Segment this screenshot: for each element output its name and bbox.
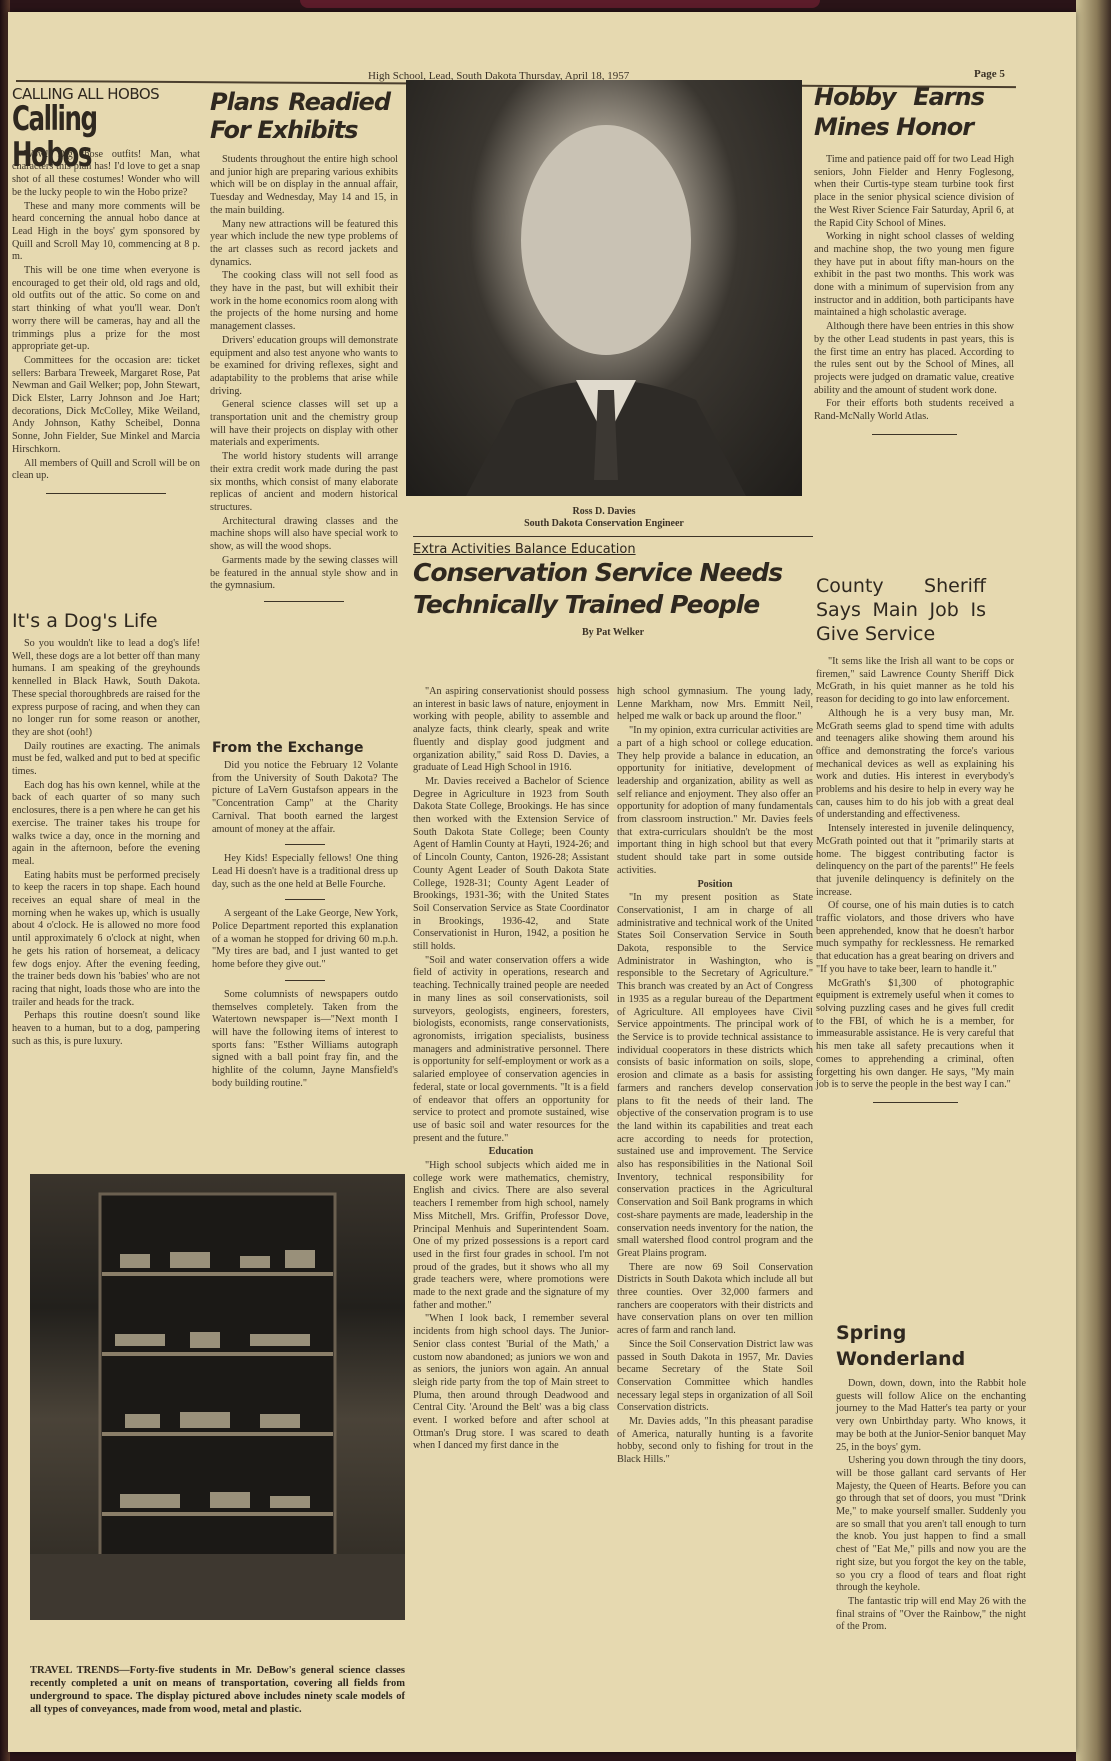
paragraph: "In my opinion, extra curricular activit… (617, 725, 813, 877)
paragraph: Students throughout the entire high scho… (210, 154, 398, 218)
travel-trends-caption: TRAVEL TRENDS—Forty-five students in Mr.… (30, 1664, 405, 1716)
sheriff-article: County Sheriff Says Main Job Is Give Ser… (816, 574, 1014, 1111)
byline: By Pat Welker (413, 627, 813, 638)
paragraph: Daily routines are exacting. The animals… (12, 741, 200, 779)
portrait-title: South Dakota Conservation Engineer (406, 518, 802, 530)
paragraph: So you wouldn't like to lead a dog's lif… (12, 638, 200, 740)
divider (285, 844, 325, 845)
paragraph: Since the Soil Conservation District law… (617, 1339, 813, 1415)
paragraph: The world history students will arrange … (210, 451, 398, 515)
paragraph: "Soil and water conservation offers a wi… (413, 955, 609, 1146)
paragraph: Working in night school classes of weldi… (814, 231, 1014, 320)
divider (285, 980, 325, 981)
paragraph: "An aspiring conservationist should poss… (413, 686, 609, 775)
paragraph: Intensely interested in juvenile delinqu… (816, 823, 1014, 899)
conservation-headline-line2: Technically Trained People (413, 589, 813, 621)
hobby-headline: Hobby Earns Mines Honor (814, 82, 984, 142)
exhibits-headline: Plans Readied For Exhibits (210, 88, 390, 144)
paragraph: There are now 69 Soil Conservation Distr… (617, 1262, 813, 1338)
education-subhead: Education (413, 1146, 609, 1159)
divider (264, 601, 344, 602)
divider (872, 434, 957, 435)
position-subhead: Position (617, 879, 813, 892)
paragraph: Perhaps this routine doesn't sound like … (12, 1010, 200, 1048)
divider (46, 493, 166, 494)
paragraph: Ushering you down through the tiny doors… (836, 1455, 1026, 1595)
ross-davies-portrait (406, 80, 802, 496)
paragraph: Although there have been entries in this… (814, 321, 1014, 397)
exchange-item: Hey Kids! Especially fellows! One thing … (212, 853, 398, 891)
paragraph: Time and patience paid off for two Lead … (814, 154, 1014, 230)
portrait-image (406, 80, 802, 496)
exchange-item: A sergeant of the Lake George, New York,… (212, 908, 398, 972)
paragraph: McGrath's $1,300 of photographic equipme… (816, 978, 1014, 1092)
paragraph: Mr. Davies received a Bachelor of Scienc… (413, 776, 609, 954)
conservation-col-1: "An aspiring conservationist should poss… (413, 686, 609, 1454)
paragraph: Drivers' education groups will demonstra… (210, 335, 398, 399)
binding-band (300, 0, 820, 8)
spring-article: Spring Wonderland Down, down, down, into… (836, 1320, 1026, 1635)
exchange-item: Did you notice the February 12 Volante f… (212, 760, 398, 836)
conservation-kicker: Extra Activities Balance Education (413, 542, 813, 557)
portrait-name: Ross D. Davies (406, 506, 802, 518)
dogs-headline: It's a Dog's Life (12, 608, 200, 634)
paragraph: Garments made by the sewing classes will… (210, 555, 398, 593)
paragraph: Committees for the occasion are: ticket … (12, 355, 200, 457)
paragraph: high school gymnasium. The young lady, L… (617, 686, 813, 724)
conservation-headline-line1: Conservation Service Needs (413, 557, 813, 589)
conservation-header: Extra Activities Balance Education Conse… (413, 542, 813, 638)
spring-headline: Spring Wonderland (836, 1320, 1026, 1372)
newspaper-page: High School, Lead, South Dakota Thursday… (8, 12, 1076, 1752)
paragraph: "In my present position as State Conserv… (617, 892, 813, 1260)
paragraph: Architectural drawing classes and the ma… (210, 516, 398, 554)
portrait-caption: Ross D. Davies South Dakota Conservation… (406, 506, 802, 530)
paragraph: Each dog has his own kennel, while at th… (12, 780, 200, 869)
exchange-item: Some columnists of newspapers outdo them… (212, 989, 398, 1091)
paragraph: All members of Quill and Scroll will be … (12, 458, 200, 483)
sheriff-headline: County Sheriff Says Main Job Is Give Ser… (816, 574, 986, 646)
page-number: Page 5 (974, 68, 1005, 80)
paragraph: This will be one time when everyone is e… (12, 265, 200, 354)
dogs-article: It's a Dog's Life So you wouldn't like t… (12, 608, 200, 1050)
paragraph: "High school subjects which aided me in … (413, 1160, 609, 1312)
paragraph: The fantastic trip will end May 26 with … (836, 1596, 1026, 1634)
page-edge (1076, 0, 1111, 1761)
travel-trends-photo (30, 1174, 405, 1620)
exhibits-article: Plans Readied For Exhibits Students thro… (210, 88, 398, 610)
exchange-article: From the Exchange Did you notice the Feb… (212, 738, 398, 1091)
conservation-col-2: high school gymnasium. The young lady, L… (617, 686, 813, 1468)
paragraph: "It sems like the Irish all want to be c… (816, 656, 1014, 707)
paragraph: "When I look back, I remember several in… (413, 1313, 609, 1453)
exchange-headline: From the Exchange (212, 738, 398, 758)
paragraph: Down, down, down, into the Rabbit hole g… (836, 1378, 1026, 1454)
hobos-headline: Calling Hobos (12, 101, 147, 149)
display-shelves-image (30, 1174, 405, 1620)
divider (413, 536, 813, 537)
paragraph: Mr. Davies adds, "In this pheasant parad… (617, 1416, 813, 1467)
paragraph: Eating habits must be performed precisel… (12, 870, 200, 1010)
paragraph: These and many more comments will be hea… (12, 201, 200, 265)
paragraph: Of course, one of his main duties is to … (816, 900, 1014, 976)
paragraph: Although he is a very busy man, Mr. McGr… (816, 708, 1014, 822)
hobos-article: CALLING ALL HOBOS Calling Hobos Wow! Dig… (12, 88, 200, 502)
divider (285, 899, 325, 900)
divider (873, 1102, 958, 1103)
paragraph: Many new attractions will be featured th… (210, 219, 398, 270)
paragraph: For their efforts both students received… (814, 398, 1014, 423)
paragraph: The cooking class will not sell food as … (210, 270, 398, 334)
paragraph: General science classes will set up a tr… (210, 399, 398, 450)
hobby-article: Hobby Earns Mines Honor Time and patienc… (814, 82, 1014, 443)
